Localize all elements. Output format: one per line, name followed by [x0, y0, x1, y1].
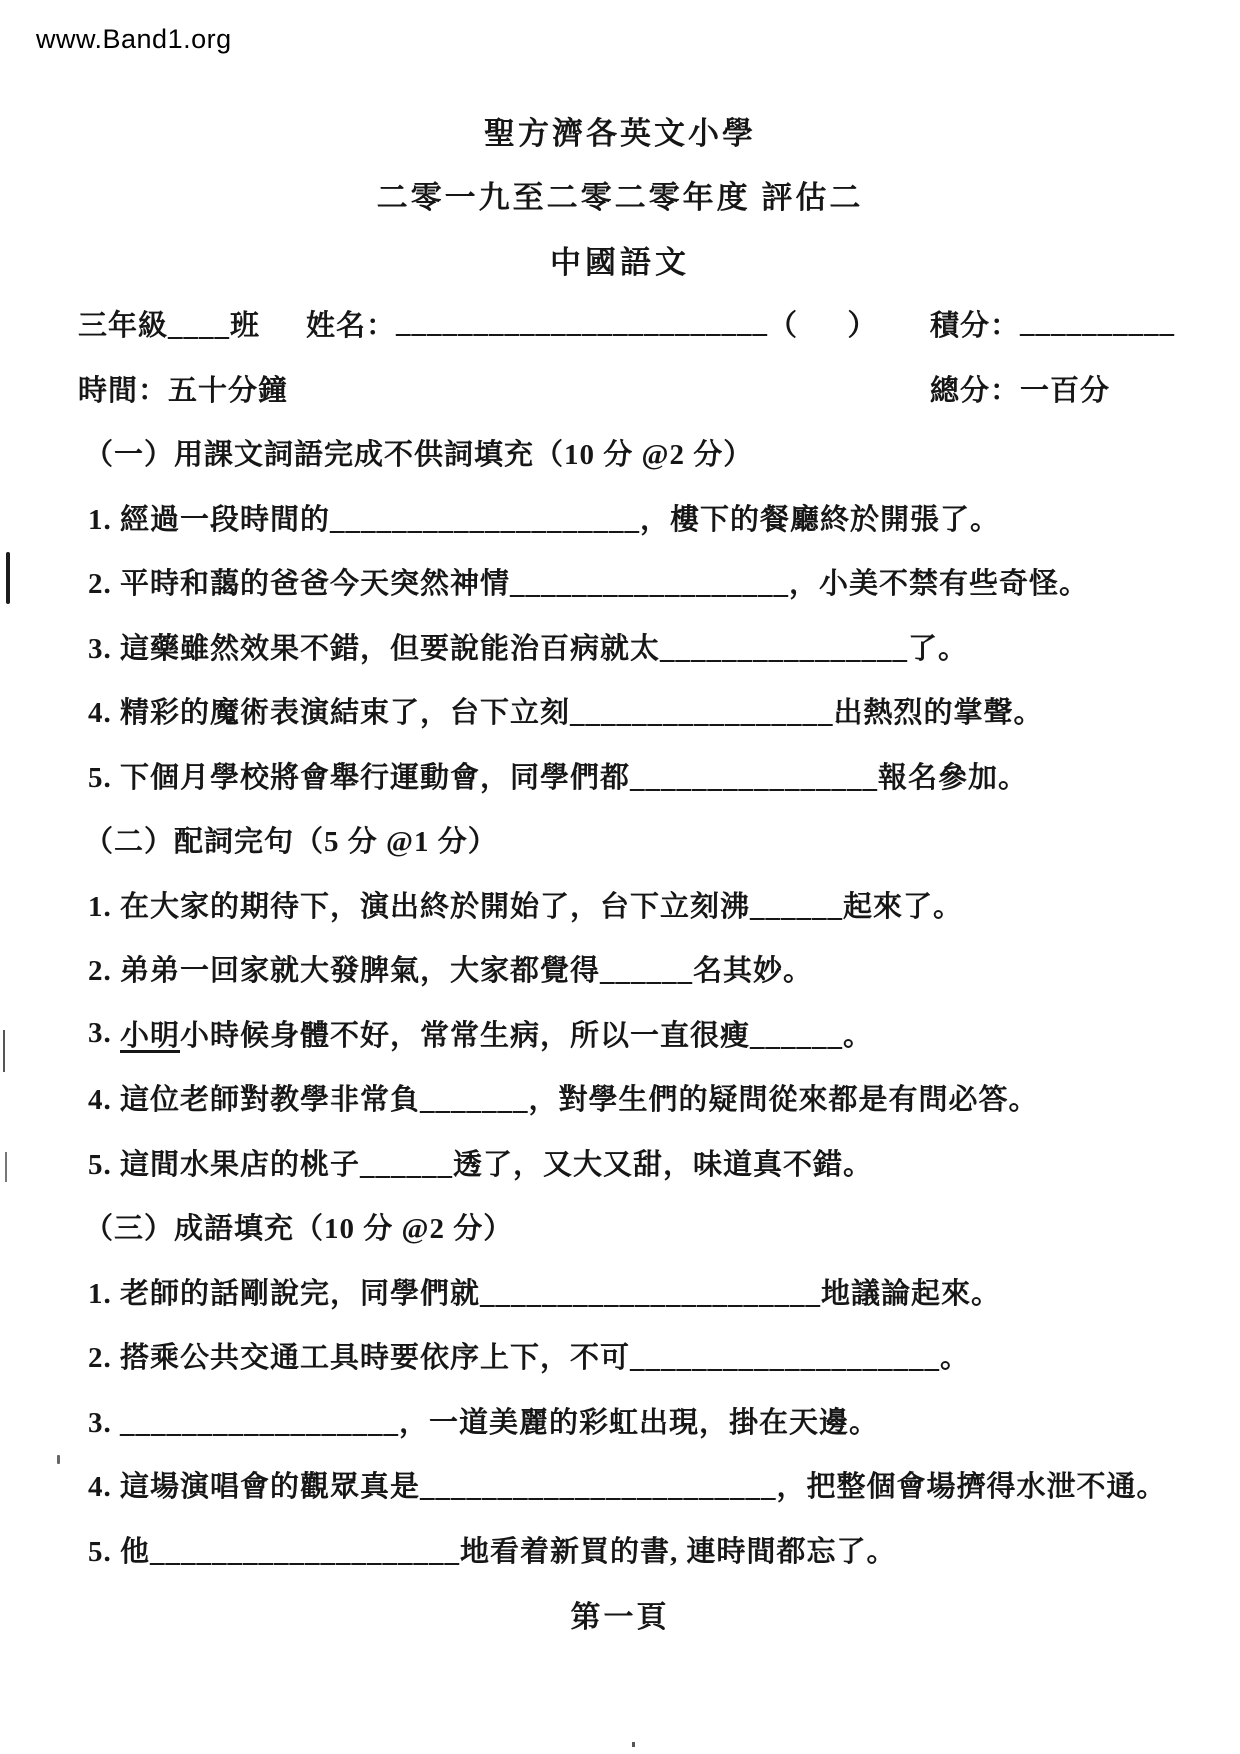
question-2-3-rest: 小時候身體不好，常常生病，所以一直很瘦______。 — [180, 1013, 873, 1054]
document-body: 聖方濟各英文小學 二零一九至二零二零年度 評估二 中國語文 三年級____班 姓… — [0, 98, 1240, 1646]
question-1-2: 2. 平時和藹的爸爸今天突然神情__________________，小美不禁有… — [0, 550, 1240, 615]
question-3-1: 1. 老師的話剛說完，同學們就______________________地議論… — [0, 1259, 1240, 1324]
site-watermark: www.Band1.org — [36, 24, 232, 55]
question-3-5: 5. 他____________________地看着新買的書, 連時間都忘了。 — [0, 1517, 1240, 1582]
score-label: 積分： — [930, 303, 1020, 344]
name-blank-line: ________________________ — [396, 307, 768, 340]
section-1-heading: （一）用課文詞語完成不供詞填充（10 分 @2 分） — [0, 421, 1240, 486]
exam-page: www.Band1.org 聖方濟各英文小學 二零一九至二零二零年度 評估二 中… — [0, 0, 1240, 1754]
total-score-field: 總分：一百分 — [930, 356, 1110, 421]
question-2-1: 1. 在大家的期待下，演出終於開始了，台下立刻沸______起來了。 — [0, 872, 1240, 937]
name-label: 姓名： — [306, 303, 396, 344]
question-1-1: 1. 經過一段時間的____________________，樓下的餐廳終於開張… — [0, 485, 1240, 550]
score-blank-line: __________ — [1020, 307, 1175, 340]
grade-class-field: 三年級____班 — [78, 303, 260, 344]
question-1-5: 5. 下個月學校將會舉行運動會，同學們都________________報名參加… — [0, 743, 1240, 808]
scan-artifact — [632, 1742, 635, 1747]
question-2-3: 3. 小明 小時候身體不好，常常生病，所以一直很瘦______。 — [0, 1001, 1240, 1066]
question-2-3-underlined-name: 小明 — [120, 1013, 180, 1054]
question-2-5: 5. 這間水果店的桃子______透了，又大又甜，味道真不錯。 — [0, 1130, 1240, 1195]
question-2-3-prefix: 3. — [88, 1017, 120, 1050]
question-3-4: 4. 這場演唱會的觀眾真是_______________________，把整個… — [0, 1453, 1240, 1518]
class-number-paren: （ ） — [768, 303, 878, 344]
question-1-4: 4. 精彩的魔術表演結束了，台下立刻_________________出熱烈的掌… — [0, 679, 1240, 744]
student-info-row-2: 時間：五十分鐘 總分：一百分 — [0, 356, 1240, 421]
section-3-heading: （三）成語填充（10 分 @2 分） — [0, 1195, 1240, 1260]
student-info-row-1: 三年級____班 姓名： ________________________ （ … — [0, 292, 1240, 357]
time-field: 時間：五十分鐘 — [78, 368, 288, 409]
question-2-2: 2. 弟弟一回家就大發脾氣，大家都覺得______名其妙。 — [0, 937, 1240, 1002]
year-term-title: 二零一九至二零二零年度 評估二 — [0, 163, 1240, 228]
question-2-4: 4. 這位老師對教學非常負_______，對學生們的疑問從來都是有問必答。 — [0, 1066, 1240, 1131]
page-number: 第一頁 — [0, 1582, 1240, 1647]
question-3-2: 2. 搭乘公共交通工具時要依序上下，不可____________________… — [0, 1324, 1240, 1389]
score-field: 積分：__________ — [930, 292, 1175, 357]
section-2-heading: （二）配詞完句（5 分 @1 分） — [0, 808, 1240, 873]
school-name: 聖方濟各英文小學 — [0, 98, 1240, 163]
question-1-3: 3. 這藥雖然效果不錯，但要說能治百病就太________________了。 — [0, 614, 1240, 679]
question-3-3: 3. __________________，一道美麗的彩虹出現，掛在天邊。 — [0, 1388, 1240, 1453]
subject-title: 中國語文 — [0, 227, 1240, 292]
